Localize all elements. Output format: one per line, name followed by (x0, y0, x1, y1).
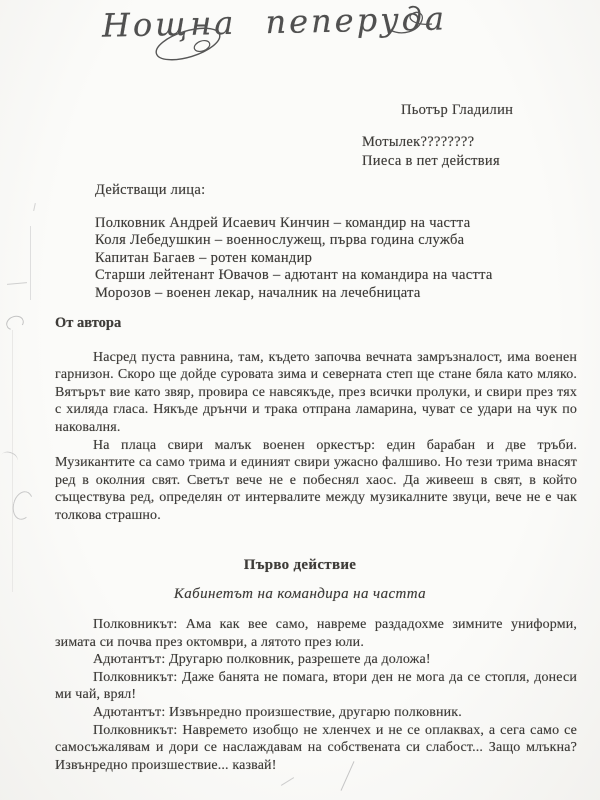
cast-heading: Действащи лица: (95, 182, 565, 200)
scan-pencil-stroke-2 (281, 777, 294, 786)
scan-mark-circle-large (10, 489, 36, 522)
cast-section: Действащи лица: Полковник Андрей Исаевич… (95, 182, 565, 303)
cast-entry: Морозов – военен лекар, началник на лече… (95, 285, 565, 303)
from-author-paragraphs: Насред пуста равнина, там, където започв… (55, 349, 577, 525)
from-author-paragraph: Насред пуста равнина, там, където започв… (55, 349, 577, 437)
cast-entry: Полковник Андрей Исаевич Кинчин – команд… (95, 215, 565, 233)
dialogue-section: Полковникът: Ама как вее само, навреме р… (55, 616, 577, 774)
handwriting-flourish-tail (388, 6, 438, 40)
scene-heading: Кабинетът на командира на частта (0, 586, 600, 603)
cast-entry: Капитан Багаев – ротен командир (95, 250, 565, 268)
from-author-heading: От автора (55, 315, 577, 333)
dialogue-speech: Полковникът: Навремето изобщо не хленчех… (55, 722, 577, 775)
from-author-paragraph: На плаца свири малък военен оркестър: ед… (55, 437, 577, 525)
scan-mark-tick (33, 203, 36, 211)
act-heading: Първо действие (0, 557, 600, 574)
scan-mark-squiggle (0, 449, 20, 466)
scan-mark-circle-small (4, 313, 26, 332)
scan-mark-dash (7, 282, 27, 285)
cast-entry: Коля Лебедушкин – военнослужещ, първа го… (95, 232, 565, 250)
work-title-block: Мотылек???????? Пиеса в пет действия (362, 133, 500, 171)
work-title: Мотылек???????? (362, 133, 500, 152)
work-subtitle: Пиеса в пет действия (362, 152, 500, 171)
handwriting-flourish-loop (150, 26, 230, 66)
scan-fold-line-lower (12, 330, 13, 592)
dialogue-speech: Адютантът: Извънредно произшествие, друг… (55, 704, 577, 722)
cast-list: Полковник Андрей Исаевич Кинчин – команд… (95, 215, 565, 303)
dialogue-speech: Полковникът: Ама как вее само, навреме р… (55, 616, 577, 651)
author-name: Пьотър Гладилин (401, 102, 513, 119)
scanned-script-page: Нощна пеперуда Пьотър Гладилин Мотылек??… (0, 0, 600, 800)
dialogue-speech: Адютантът: Другарю полковник, разрешете … (55, 651, 577, 669)
from-author-section: От автора Насред пуста равнина, там, къд… (55, 315, 577, 525)
dialogue-speech: Полковникът: Даже банята не помага, втор… (55, 669, 577, 704)
cast-entry: Старши лейтенант Ювачов – адютант на ком… (95, 267, 565, 285)
scan-fold-line-upper (30, 226, 31, 300)
